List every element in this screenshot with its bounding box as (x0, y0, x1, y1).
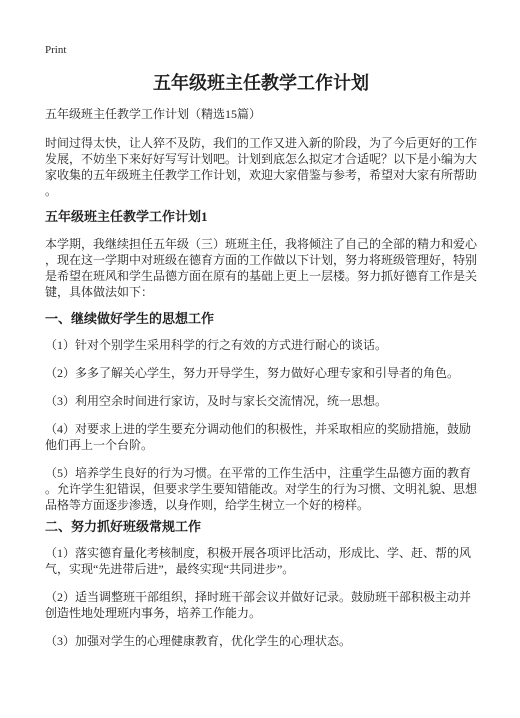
section-lead-paragraph: 本学期，我继续担任五年级（三）班班主任，我将倾注了自己的全部的精力和爱心，现在这… (45, 236, 477, 300)
list-item: （5）培养学生良好的行为习惯。在平常的工作生活中，注重学生品德方面的教育。允许学… (45, 465, 477, 513)
document-subtitle: 五年级班主任教学工作计划（精选15篇） (45, 107, 477, 122)
document-page: Print 五年级班主任教学工作计划 五年级班主任教学工作计划（精选15篇） 时… (0, 0, 520, 718)
print-link[interactable]: Print (45, 44, 66, 57)
list-item: （1）针对个别学生采用科学的行之有效的方式进行耐心的谈话。 (45, 337, 477, 353)
intro-paragraph: 时间过得太快，让人猝不及防，我们的工作又进入新的阶段，为了今后更好的工作发展，不… (45, 135, 477, 199)
subsection-heading-2: 二、努力抓好班级常规工作 (45, 519, 477, 535)
section-heading: 五年级班主任教学工作计划1 (45, 209, 477, 225)
list-item: （1）落实德育量化考核制度，积极开展各项评比活动，形成比、学、赶、帮的风气，实现… (45, 545, 477, 577)
print-row: Print (45, 40, 477, 58)
list-item: （3）利用空余时间进行家访，及时与家长交流情况，统一思想。 (45, 393, 477, 409)
list-item: （4）对要求上进的学生要充分调动他们的积极性，并采取相应的奖励措施，鼓励他们再上… (45, 421, 477, 453)
subsection-heading-1: 一、继续做好学生的思想工作 (45, 311, 477, 327)
list-item: （2）适当调整班干部组织，择时班干部会议并做好记录。鼓励班干部积极主动并创造性地… (45, 589, 477, 621)
list-item: （3）加强对学生的心理健康教育，优化学生的心理状态。 (45, 633, 477, 649)
page-title: 五年级班主任教学工作计划 (45, 72, 477, 94)
list-item: （2）多多了解关心学生，努力开导学生，努力做好心理专家和引导者的角色。 (45, 365, 477, 381)
